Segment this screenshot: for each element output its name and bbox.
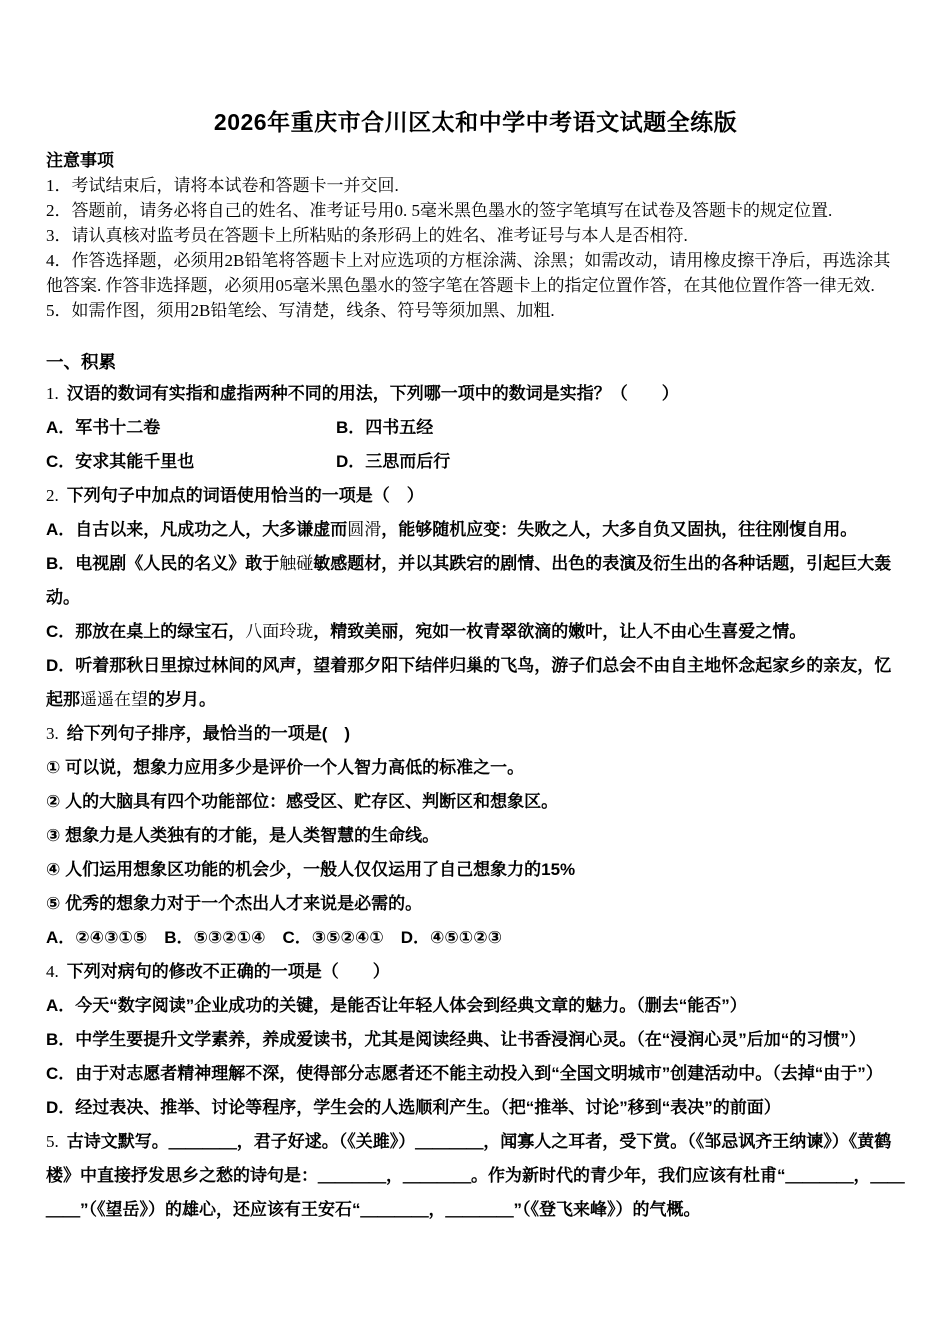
- question-4-number: 4.: [46, 962, 67, 981]
- option-text: A．自古以来，凡成功之人，大多谦虚而: [46, 520, 347, 539]
- question-4-option-c: C．由于对志愿者精神理解不深，使得部分志愿者还不能主动投入到“全国文明城市”创建…: [46, 1057, 905, 1091]
- emphasized-word: 遥遥在望: [80, 690, 148, 709]
- emphasized-word: 触碰: [279, 554, 313, 573]
- question-3-sentence-4: ④ 人们运用想象区功能的机会少，一般人仅仅运用了自己想象力的15%: [46, 853, 905, 887]
- question-4-option-a: A．今天“数字阅读”企业成功的关键，是能否让年轻人体会到经典文章的魅力。（删去“…: [46, 989, 905, 1023]
- section-heading-accumulation: 一、积累: [46, 350, 905, 375]
- question-2-option-d: D．听着那秋日里掠过林间的风声，望着那夕阳下结伴归巢的飞鸟，游子们总会不由自主地…: [46, 649, 905, 717]
- question-4-stem: 4.下列对病句的修改不正确的一项是（ ）: [46, 955, 905, 989]
- notice-heading: 注意事项: [46, 148, 905, 173]
- question-2-text: 下列句子中加点的词语使用恰当的一项是（ ）: [67, 486, 424, 505]
- question-1-text: 汉语的数词有实指和虚指两种不同的用法，下列哪一项中的数词是实指？（ ）: [67, 384, 679, 403]
- notice-item-1: 1．考试结束后，请将本试卷和答题卡一并交回.: [46, 173, 905, 198]
- question-1-option-a: A．军书十二卷: [46, 411, 336, 445]
- question-5-text: 古诗文默写。＿＿＿＿，君子好逑。（《关雎》）＿＿＿＿，闻寡人之耳者，受下赏。（《…: [46, 1132, 905, 1219]
- question-1-options-row-1: A．军书十二卷 B．四书五经: [46, 411, 905, 445]
- question-3-stem: 3.给下列句子排序，最恰当的一项是( ): [46, 717, 905, 751]
- question-5-stem: 5.古诗文默写。＿＿＿＿，君子好逑。（《关雎》）＿＿＿＿，闻寡人之耳者，受下赏。…: [46, 1125, 905, 1227]
- option-text: C．那放在桌上的绿宝石，: [46, 622, 245, 641]
- question-3-sentence-3: ③ 想象力是人类独有的才能，是人类智慧的生命线。: [46, 819, 905, 853]
- question-1-options-row-2: C．安求其能千里也 D．三思而后行: [46, 445, 905, 479]
- question-3-sentence-2: ② 人的大脑具有四个功能部位：感受区、贮存区、判断区和想象区。: [46, 785, 905, 819]
- question-2-option-c: C．那放在桌上的绿宝石，八面玲珑，精致美丽，宛如一枚青翠欲滴的嫩叶，让人不由心生…: [46, 615, 905, 649]
- option-text: B．电视剧《人民的名义》敢于: [46, 554, 279, 573]
- question-4-text: 下列对病句的修改不正确的一项是（ ）: [67, 962, 390, 981]
- question-1-option-d: D．三思而后行: [336, 445, 905, 479]
- exam-paper-page: 2026年重庆市合川区太和中学中考语文试题全练版 注意事项 1．考试结束后，请将…: [0, 0, 950, 1344]
- notice-section: 注意事项 1．考试结束后，请将本试卷和答题卡一并交回. 2．答题前，请务必将自己…: [46, 148, 905, 323]
- questions-section: 1.汉语的数词有实指和虚指两种不同的用法，下列哪一项中的数词是实指？（ ） A．…: [46, 377, 905, 1227]
- question-3-options-line: A．②④③①⑤ B．⑤③②①④ C．③⑤②④① D．④⑤①②③: [46, 921, 905, 955]
- page-title: 2026年重庆市合川区太和中学中考语文试题全练版: [46, 106, 905, 138]
- question-3-text: 给下列句子排序，最恰当的一项是( ): [67, 724, 350, 743]
- notice-item-4: 4．作答选择题，必须用2B铅笔将答题卡上对应选项的方框涂满、涂黑；如需改动，请用…: [46, 248, 905, 298]
- question-1-option-c: C．安求其能千里也: [46, 445, 336, 479]
- notice-item-5: 5．如需作图，须用2B铅笔绘、写清楚，线条、符号等须加黑、加粗.: [46, 298, 905, 323]
- notice-item-3: 3．请认真核对监考员在答题卡上所粘贴的条形码上的姓名、准考证号与本人是否相符.: [46, 223, 905, 248]
- question-1-option-b: B．四书五经: [336, 411, 905, 445]
- emphasized-word: 圆滑: [347, 520, 381, 539]
- option-text: 的岁月。: [148, 690, 216, 709]
- question-3-sentence-5: ⑤ 优秀的想象力对于一个杰出人才来说是必需的。: [46, 887, 905, 921]
- emphasized-word: 八面玲珑: [245, 622, 313, 641]
- notice-item-2: 2．答题前，请务必将自己的姓名、准考证号用0. 5毫米黑色墨水的签字笔填写在试卷…: [46, 198, 905, 223]
- question-5-number: 5.: [46, 1132, 67, 1151]
- question-4-option-b: B．中学生要提升文学素养，养成爱读书，尤其是阅读经典、让书香浸润心灵。（在“浸润…: [46, 1023, 905, 1057]
- question-2-option-b: B．电视剧《人民的名义》敢于触碰敏感题材，并以其跌宕的剧情、出色的表演及衍生出的…: [46, 547, 905, 615]
- option-text: ，精致美丽，宛如一枚青翠欲滴的嫩叶，让人不由心生喜爱之情。: [313, 622, 806, 641]
- question-1-stem: 1.汉语的数词有实指和虚指两种不同的用法，下列哪一项中的数词是实指？（ ）: [46, 377, 905, 411]
- question-4-option-d: D．经过表决、推举、讨论等程序，学生会的人选顺利产生。（把“推举、讨论”移到“表…: [46, 1091, 905, 1125]
- question-3-number: 3.: [46, 724, 67, 743]
- question-3-sentence-1: ① 可以说，想象力应用多少是评价一个人智力高低的标准之一。: [46, 751, 905, 785]
- question-2-number: 2.: [46, 486, 67, 505]
- question-1-number: 1.: [46, 384, 67, 403]
- option-text: ，能够随机应变：失败之人，大多自负又固执，往往刚愎自用。: [381, 520, 857, 539]
- question-2-option-a: A．自古以来，凡成功之人，大多谦虚而圆滑，能够随机应变：失败之人，大多自负又固执…: [46, 513, 905, 547]
- question-2-stem: 2.下列句子中加点的词语使用恰当的一项是（ ）: [46, 479, 905, 513]
